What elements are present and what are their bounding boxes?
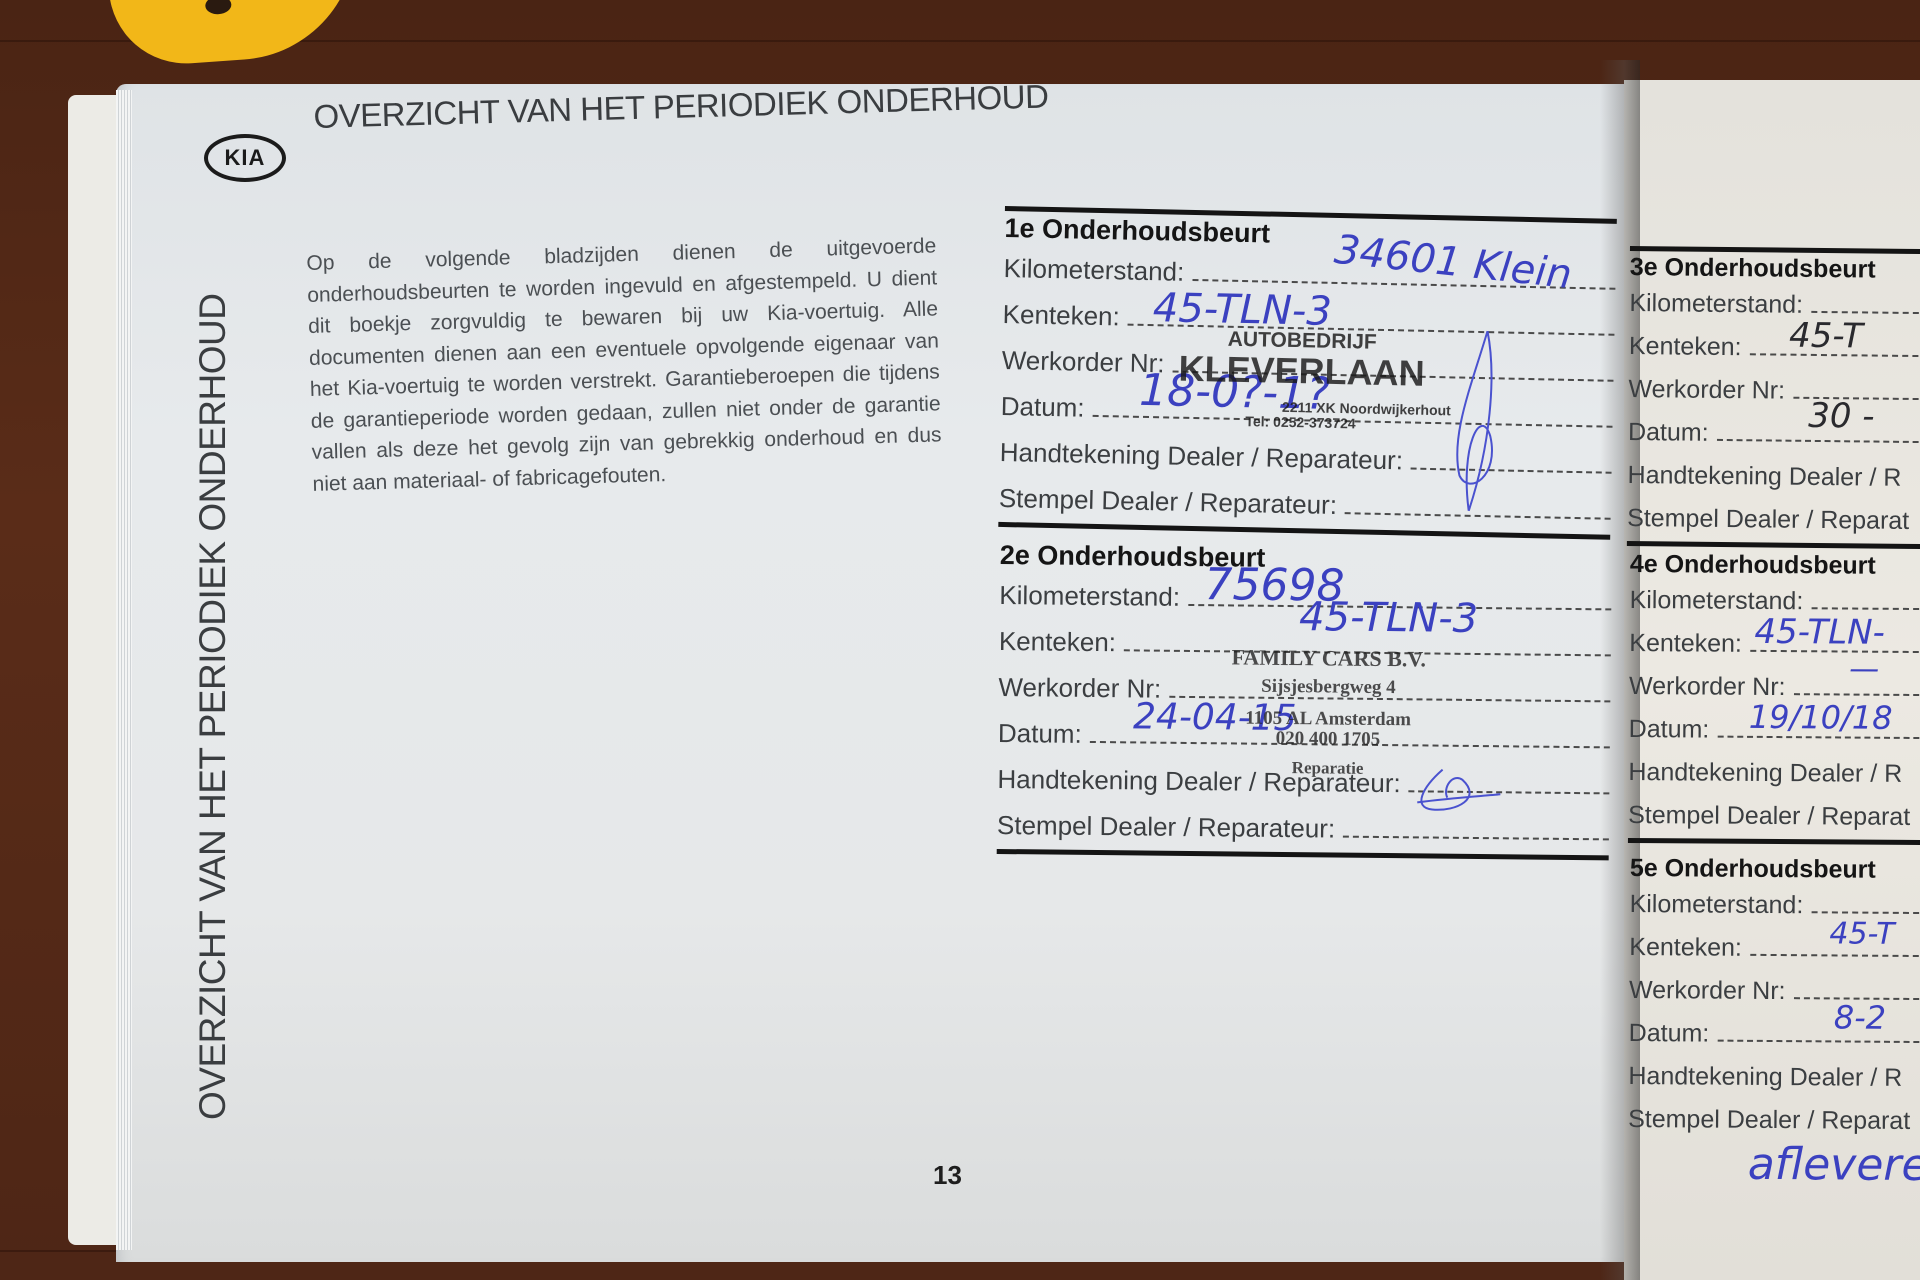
field-datum: Datum: 8-2 [1629,1005,1920,1050]
field-stempel: Stempel Dealer / Reparat [1628,787,1920,832]
service-entry-1: 1e Onderhoudsbeurt Kilometerstand: 34601… [998,206,1617,540]
field-label: Datum: [998,718,1082,750]
field-label: Stempel Dealer / Reparat [1628,801,1910,832]
stamp-line: FAMILY CARS B.V. [1199,645,1459,671]
service-entry-4: 4e Onderhoudsbeurt Kilometerstand: Kente… [1628,548,1920,845]
fill-line[interactable] [1750,954,1920,957]
field-kilometerstand: Kilometerstand: [1629,282,1920,321]
field-label: Handtekening Dealer / R [1627,461,1901,493]
field-label: Stempel Dealer / Reparateur: [997,810,1335,845]
field-label: Stempel Dealer / Reparateur: [999,483,1338,521]
handwritten-datum: 30 - [1808,396,1875,437]
yellow-object [106,0,364,69]
field-label: Werkorder Nr: [1629,976,1786,1006]
fill-line[interactable] [1343,836,1609,841]
dealer-stamp: AUTOBEDRIJF KLEVERLAAN 2211 XK Noordwijk… [1150,327,1452,432]
fill-line[interactable] [1717,439,1920,443]
intro-paragraph: Op de volgende bladzijden dienen de uitg… [306,230,943,499]
fill-line[interactable] [1811,311,1920,314]
field-label: Kilometerstand: [1629,289,1803,320]
signature-scribble [1412,767,1503,818]
handwritten-kenteken: 45-TLN- [1754,612,1885,653]
field-handtekening: Handtekening Dealer / R [1628,744,1920,789]
field-stempel: Stempel Dealer / Reparat [1627,490,1920,536]
handwritten-kenteken: 45-T [1829,916,1894,951]
fill-line[interactable] [1811,911,1920,914]
service-entry-2: 2e Onderhoudsbeurt Kilometerstand: 75698… [997,538,1612,860]
page-edges [116,90,132,1250]
field-label: Kenteken: [999,626,1116,658]
field-kilometerstand: Kilometerstand: [1630,883,1920,921]
service-entry-3: 3e Onderhoudsbeurt Kilometerstand: Kente… [1627,246,1920,549]
handwritten-datum: 8-2 [1834,998,1887,1036]
handwritten-note: afleveren [1748,1139,1920,1192]
handwritten-werkorder: — [1849,652,1879,687]
fill-line[interactable] [1793,693,1920,696]
field-label: Kenteken: [1629,332,1742,362]
field-label: Kilometerstand: [999,580,1180,613]
field-label: Kenteken: [1629,933,1742,963]
field-datum: Datum: 19/10/18 [1629,701,1920,746]
fill-line[interactable] [1717,1040,1920,1044]
field-label: Kenteken: [1629,629,1742,659]
service-title: 5e Onderhoudsbeurt [1630,854,1920,885]
object-hole [205,0,232,15]
field-werkorder: Werkorder Nr: [1628,361,1920,407]
field-handtekening: Handtekening Dealer / R [1627,447,1920,493]
page-number: 13 [933,1160,962,1191]
stamp-line: 020 400 1705 [1198,728,1458,751]
handwritten-kenteken: 45-TLN-3 [1299,594,1478,642]
stamp-line: 1105 AL Amsterdam [1198,708,1458,731]
kia-logo: KIA [204,134,286,182]
field-label: Kilometerstand: [1003,253,1184,288]
field-stempel: Stempel Dealer / Reparateur: [997,795,1609,847]
field-werkorder: Werkorder Nr: — [1629,658,1920,703]
field-label: Datum: [1000,391,1084,424]
fill-line[interactable] [1811,607,1920,610]
field-label: Kilometerstand: [1630,890,1804,920]
field-label: Handtekening Dealer / R [1628,1062,1902,1093]
field-label: Datum: [1629,715,1710,745]
handwritten-kenteken: 45-T [1789,316,1863,357]
handwritten-datum: 19/10/18 [1749,698,1893,737]
field-stempel: Stempel Dealer / Reparat [1628,1091,1920,1136]
field-label: Stempel Dealer / Reparat [1627,504,1909,536]
stamp-line: Sijsjesbergweg 4 [1198,676,1458,699]
dealer-stamp: FAMILY CARS B.V. Sijsjesbergweg 4 1105 A… [1198,645,1459,778]
field-label: Stempel Dealer / Reparat [1628,1105,1910,1136]
field-datum: Datum: 30 - [1628,404,1920,450]
field-label: Werkorder Nr: [1628,375,1785,406]
stamp-line: KLEVERLAAN [1151,349,1452,393]
field-kenteken: Kenteken: 45-T [1629,919,1920,964]
signature-scribble [1439,325,1523,517]
field-label: Handtekening Dealer / R [1628,758,1902,789]
vertical-section-title: OVERZICHT VAN HET PERIODIEK ONDERHOUD [192,294,234,1120]
service-title: 3e Onderhoudsbeurt [1630,253,1920,285]
field-handtekening: Handtekening Dealer / R [1628,1048,1920,1093]
field-label: Datum: [1629,1019,1710,1049]
service-title: 4e Onderhoudsbeurt [1630,550,1920,581]
service-entry-5: 5e Onderhoudsbeurt Kilometerstand: Kente… [1628,852,1920,1187]
field-kenteken: Kenteken: 45-T [1629,318,1920,364]
field-label: Kenteken: [1002,299,1120,332]
field-label: Datum: [1628,418,1709,448]
